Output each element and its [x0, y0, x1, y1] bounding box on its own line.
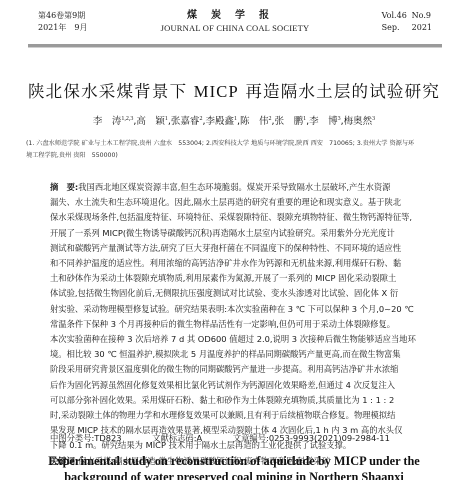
- affiliation-line: (1. 六盘水师范学院 矿业与土木工程学院,贵州 六盘水 553004; 2.西…: [26, 138, 448, 150]
- title-en-line: background of water preserved coal minin…: [0, 469, 468, 480]
- document-code: 文献标志码:A: [152, 432, 202, 444]
- journal-name: 煤炭学报 JOURNAL OF CHINA COAL SOCIETY: [28, 10, 442, 34]
- affiliation-line: 境工程学院,贵州 贵阳 550000): [26, 150, 448, 162]
- title-en-line: Experimental study on reconstruction of …: [0, 453, 468, 469]
- title-part2: 再造隔水土层的试验研究: [239, 82, 440, 101]
- abstract-line: 测试和碳酸钙产量测试等方法,研究了巨大芽孢杆菌在不同温度下的保种特性、不同环境的…: [50, 241, 418, 256]
- abstract-line: 本次实验菌种在接种 3 次后培养 7 d 其 OD600 值超过 2.0,说明 …: [50, 332, 418, 347]
- year-en: 2021: [412, 22, 432, 34]
- abstract-label: 摘 要:: [50, 182, 78, 192]
- classification-meta: 中图分类号:TD823 文献标志码:A 文章编号:0253-9993(2021)…: [50, 432, 418, 444]
- abstract-line: 后作为固化钙源虽然固化修复效果相比氯化钙试剂作为钙源固化效果略差,但通过 4 次…: [50, 378, 418, 393]
- header-divider: [28, 44, 442, 48]
- journal-name-en: JOURNAL OF CHINA COAL SOCIETY: [28, 22, 442, 34]
- author: 梅奥然3: [344, 116, 376, 127]
- abstract-line: 体试验,包括微生物固化前后,无侧限抗压强度测试对比试验、变水头渗透对比试验、固化…: [50, 286, 418, 301]
- abstract-line: 阶段采用研究背景区温度驯化的微生物的同期碳酸钙产量进一步提高。利用高钙洁净矿井水…: [50, 362, 418, 377]
- month-en: Sep.: [382, 22, 412, 34]
- author: 李 博3: [309, 116, 341, 127]
- abstract-line: 摘 要:我国西北地区煤炭资源丰富,但生态环境脆弱。煤炭开采导致隔水土层破坏,产生…: [50, 180, 418, 195]
- abstract-line: 射实验、采动物理模型修复试验。研究结果表明:本次实验菌种在 3 ℃ 下可以保种 …: [50, 302, 418, 317]
- journal-name-cn: 煤炭学报: [28, 10, 442, 22]
- issue-info-en: Vol.46No.9 Sep.2021: [382, 10, 432, 34]
- abstract-line: 可以部分弥补固化效果。采用煤矸石粉、黏土和砂作为土体裂隙充填物质,其质量比为 1…: [50, 393, 418, 408]
- abstract: 摘 要:我国西北地区煤炭资源丰富,但生态环境脆弱。煤炭开采导致隔水土层破坏,产生…: [50, 180, 418, 469]
- affiliations: (1. 六盘水师范学院 矿业与土木工程学院,贵州 六盘水 553004; 2.西…: [26, 138, 448, 162]
- abstract-line: 时,采动裂隙土体的物理力学和水理修复效果可以兼顾,且有利于后续植物联合修复。物理…: [50, 408, 418, 423]
- abstract-line: 土和砂体作为采动土体裂隙充填物质,利用尿素作为氮源,开展了一系列的 MICP 固…: [50, 271, 418, 286]
- abstract-line: 境。相比较 30 ℃ 恒温养护,模拟陕北 5 月温度养护的样品同期碳酸钙产量更高…: [50, 347, 418, 362]
- paper-title-cn: 陕北保水采煤背景下 MICP 再造隔水土层的试验研究: [0, 78, 468, 102]
- abstract-line: 保水采煤现场条件,包括温度特征、环境特征、采煤裂隙特征、裂隙充填物特征、微生物钙…: [50, 210, 418, 225]
- author-list: 李 涛1,2,3,高 颖1,张嘉睿2,李殿鑫1,陈 伟2,张 鹏1,李 博3,梅…: [0, 113, 468, 127]
- journal-header: 第46卷第9期 2021年 9月 煤炭学报 JOURNAL OF CHINA C…: [28, 10, 442, 52]
- author: 张 鹏1: [275, 116, 307, 127]
- clc-number: 中图分类号:TD823: [50, 432, 122, 444]
- title-latin: MICP: [194, 82, 239, 101]
- article-number: 文章编号:0253-9993(2021)09-2984-11: [233, 432, 390, 444]
- abstract-line: 漏失、水土流失和生态环境退化。因此,隔水土层再造的研究有重要的理论和现实意义。基…: [50, 195, 418, 210]
- author: 李 涛1,2,3: [93, 116, 134, 127]
- paper-title-en: Experimental study on reconstruction of …: [0, 453, 468, 480]
- abstract-line: 开展了一系列 MICP(微生物诱导碳酸钙沉积)再造隔水土层室内试验研究。采用紫外…: [50, 226, 418, 241]
- author: 张嘉睿2: [171, 116, 203, 127]
- volume-en: Vol.46: [382, 10, 412, 22]
- title-part1: 陕北保水采煤背景下: [28, 82, 194, 101]
- author: 高 颖1: [136, 116, 168, 127]
- author: 陈 伟2: [240, 116, 272, 127]
- number-en: No.9: [412, 10, 431, 22]
- author: 李殿鑫1: [205, 116, 237, 127]
- abstract-line: 常温条件下保种 3 个月再接种后的微生物样品活性有一定影响,但仍可用于采动土体裂…: [50, 317, 418, 332]
- abstract-line: 和不同养护温度的适应性。利用浓缩的高钙洁净矿井水作为钙源和无机盐来源,利用煤矸石…: [50, 256, 418, 271]
